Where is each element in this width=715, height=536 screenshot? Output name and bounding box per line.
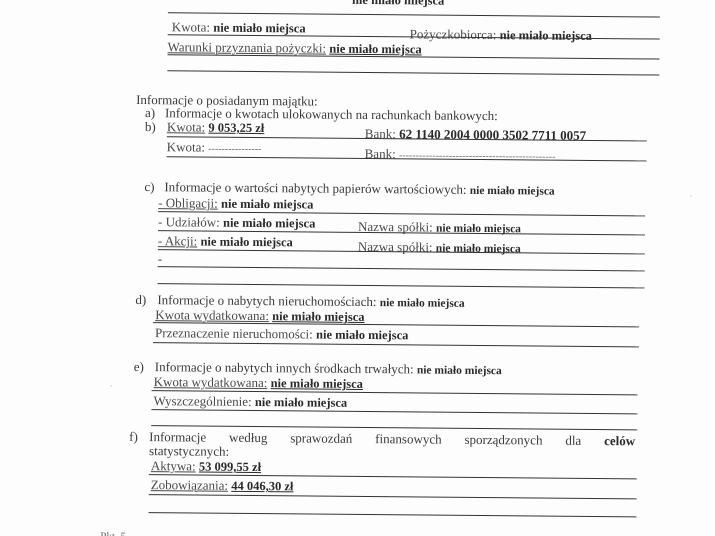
item-c-value: nie miało miejsca [470,185,555,198]
item-f-marker: f) [129,430,138,444]
shares-label: - Udziałów: [158,214,220,230]
rule-line [151,409,637,414]
rule-line [168,12,660,17]
statistics-assets-value: 53 099,55 zł [199,460,261,475]
property-spent-value: nie miało miejsca [272,309,364,324]
item-d-value: nie miało miejsca [380,297,465,310]
fixed-assets-details-value: nie miało miejsca [255,395,347,410]
stocks-company-value: nie miało miejsca [436,243,521,256]
bank-amount-value: ---------------- [208,144,261,155]
item-e-marker: e) [134,360,144,374]
word: sporządzonych [464,433,542,448]
property-spent-label: Kwota wydatkowana: [155,307,269,323]
bonds-label: - Obligacji: [158,195,218,211]
bottom-cutoff-text: Pkt. 5 [100,530,126,536]
scan-speck [110,385,112,387]
loan-amount-value: nie miało miejsca [213,21,305,36]
item-d-marker: d) [135,293,146,307]
statistics-assets-row: Aktywa: 53 099,55 zł [151,459,261,474]
fixed-assets-details-label: Wyszczególnienie: [153,393,251,409]
securities-row-other: - [158,252,162,266]
scanned-document-page: nie miało miejsca Kwota: nie miało miejs… [0,0,715,536]
borrower-value: nie miało miejsca [500,28,592,43]
item-e-value: nie miało miejsca [417,364,502,377]
item-c-marker: c) [144,180,154,194]
securities-row-bonds: - Obligacji: nie miało miejsca [158,196,313,211]
loan-amount-label: Kwota: [172,19,210,34]
statistics-liabilities-row: Zobowiązania: 44 046,30 zł [151,478,294,493]
item-a-marker: a) [145,106,155,120]
statistics-liabilities-label: Zobowiązania: [151,477,228,493]
rule-line [149,494,637,499]
word: sprawozdań [290,431,352,446]
fixed-assets-spent-label: Kwota wydatkowana: [154,374,268,390]
bank-value: ----------------------------------------… [399,150,556,162]
bank-amount-label: Kwota: [167,139,205,154]
bank-row-2-amount: Kwota: ---------------- [167,140,262,157]
loan-conditions-label: Warunki przyznania pożyczki: [168,39,327,55]
bonds-value: nie miało miejsca [221,197,313,212]
fixed-assets-details-row: Wyszczególnienie: nie miało miejsca [153,394,347,410]
stocks-value: nie miało miejsca [200,235,292,250]
loan-amount-row: Kwota: nie miało miejsca [172,20,306,35]
rule-line [151,425,637,430]
statistics-assets-label: Aktywa: [151,458,196,473]
bank-row-2-bank: Bank: ----------------------------------… [365,147,556,165]
borrower-label: Pożyczkobiorca: [410,26,497,42]
securities-row-shares: - Udziałów: nie miało miejsca [158,215,315,230]
document-content: nie miało miejsca Kwota: nie miało miejs… [0,0,715,536]
word: finansowych [375,432,442,447]
item-c-text: Informacje o wartości nabytych papierów … [164,179,466,197]
rule-line [149,512,637,517]
bank-amount-value: 9 053,25 zł [208,121,264,135]
rule-line [158,266,645,271]
property-purpose-label: Przeznaczenie nieruchomości: [155,325,313,341]
fixed-assets-spent-value: nie miało miejsca [271,376,363,391]
property-purpose-value: nie miało miejsca [316,328,408,343]
securities-row-stocks: - Akcji: nie miało miejsca [158,234,293,249]
rule-line [167,70,659,75]
stocks-company-row: Nazwa spółki: nie miało miejsca [358,240,521,256]
word: według [229,431,267,445]
loan-conditions-value: nie miało miejsca [329,42,421,57]
stocks-label: - Akcji: [158,233,197,248]
rule-line [153,342,639,347]
fixed-assets-spent-row: Kwota wydatkowana: nie miało miejsca [154,375,363,391]
word-bold: celów [604,434,635,448]
statistics-liabilities-value: 44 046,30 zł [231,479,293,494]
shares-value: nie miało miejsca [223,216,315,231]
top-cutoff-value: nie miało miejsca [352,0,444,8]
property-purpose-row: Przeznaczenie nieruchomości: nie miało m… [155,326,408,342]
scan-speck [690,195,692,197]
word: dla [565,434,581,448]
rule-line [158,283,645,288]
item-b-marker: b) [145,120,156,134]
item-f-text-line-2: statystycznych: [149,444,229,459]
bank-amount-label: Kwota: [167,119,205,134]
borrower-row: Pożyczkobiorca: nie miało miejsca [410,27,592,43]
bank-row-1-amount: Kwota: 9 053,25 zł [167,120,265,135]
